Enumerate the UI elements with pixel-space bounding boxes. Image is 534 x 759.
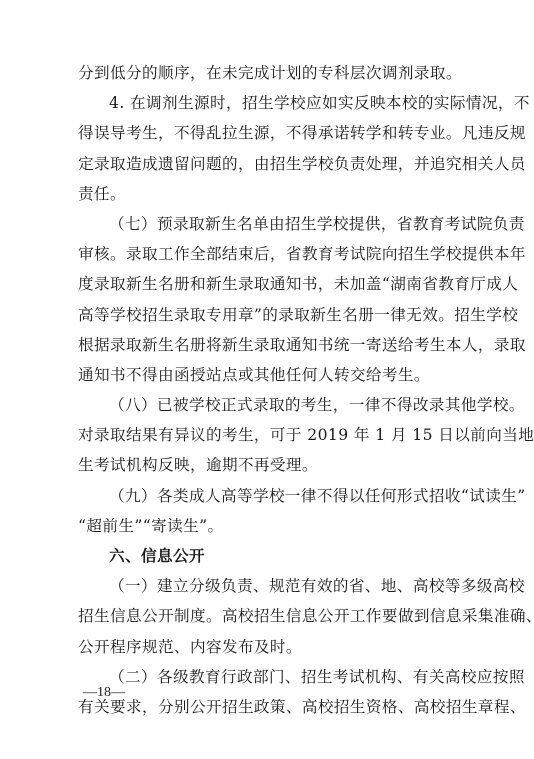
- text-line: 高等学校招生录取专用章”的录取新生名册一律无效。招生学校: [78, 300, 464, 330]
- text-line: 度录取新生名册和新生录取通知书，未加盖“湖南省教育厅成人: [78, 269, 464, 299]
- text-line: （一）建立分级负责、规范有效的省、地、高校等多级高校: [78, 571, 464, 601]
- text-line: 分到低分的顺序，在未完成计划的专科层次调剂录取。: [78, 58, 464, 88]
- text-line: 通知书不得由函授站点或其他任何人转交给考生。: [78, 360, 464, 390]
- text-line: 有关要求，分别公开招生政策、高校招生资格、高校招生章程、: [78, 692, 464, 722]
- text-line: 根据录取新生名册将新生录取通知书统一寄送给考生本人，录取: [78, 330, 464, 360]
- text-line: （八）已被学校正式录取的考生，一律不得改录其他学校。: [78, 390, 464, 420]
- text-line: （九）各类成人高等学校一律不得以任何形式招收“试读生”: [78, 481, 464, 511]
- text-line: 对录取结果有异议的考生，可于 2019 年 1 月 15 日以前向当地招: [78, 420, 464, 450]
- text-line: 责任。: [78, 179, 464, 209]
- text-line: 审核。录取工作全部结束后，省教育考试院向招生学校提供本年: [78, 239, 464, 269]
- text-line: 生考试机构反映，逾期不再受理。: [78, 450, 464, 480]
- text-line: （七）预录取新生名单由招生学校提供，省教育考试院负责: [78, 209, 464, 239]
- text-line: 公开程序规范、内容发布及时。: [78, 632, 464, 662]
- body-text: 分到低分的顺序，在未完成计划的专科层次调剂录取。 4. 在调剂生源时，招生学校应…: [78, 58, 464, 722]
- text-line: “超前生”“寄读生”。: [78, 511, 464, 541]
- text-line: （二）各级教育行政部门、招生考试机构、有关高校应按照: [78, 662, 464, 692]
- page-number: —18—: [83, 685, 125, 701]
- text-line: 定录取造成遗留问题的，由招生学校负责处理，并追究相关人员: [78, 149, 464, 179]
- text-line: 得误导考生，不得乱拉生源，不得承诺转学和转专业。凡违反规: [78, 118, 464, 148]
- text-line: 4. 在调剂生源时，招生学校应如实反映本校的实际情况，不: [78, 88, 464, 118]
- text-line: 招生信息公开制度。高校招生信息公开工作要做到信息采集准确、: [78, 601, 464, 631]
- section-heading: 六、信息公开: [78, 541, 464, 571]
- document-page: 分到低分的顺序，在未完成计划的专科层次调剂录取。 4. 在调剂生源时，招生学校应…: [0, 0, 534, 759]
